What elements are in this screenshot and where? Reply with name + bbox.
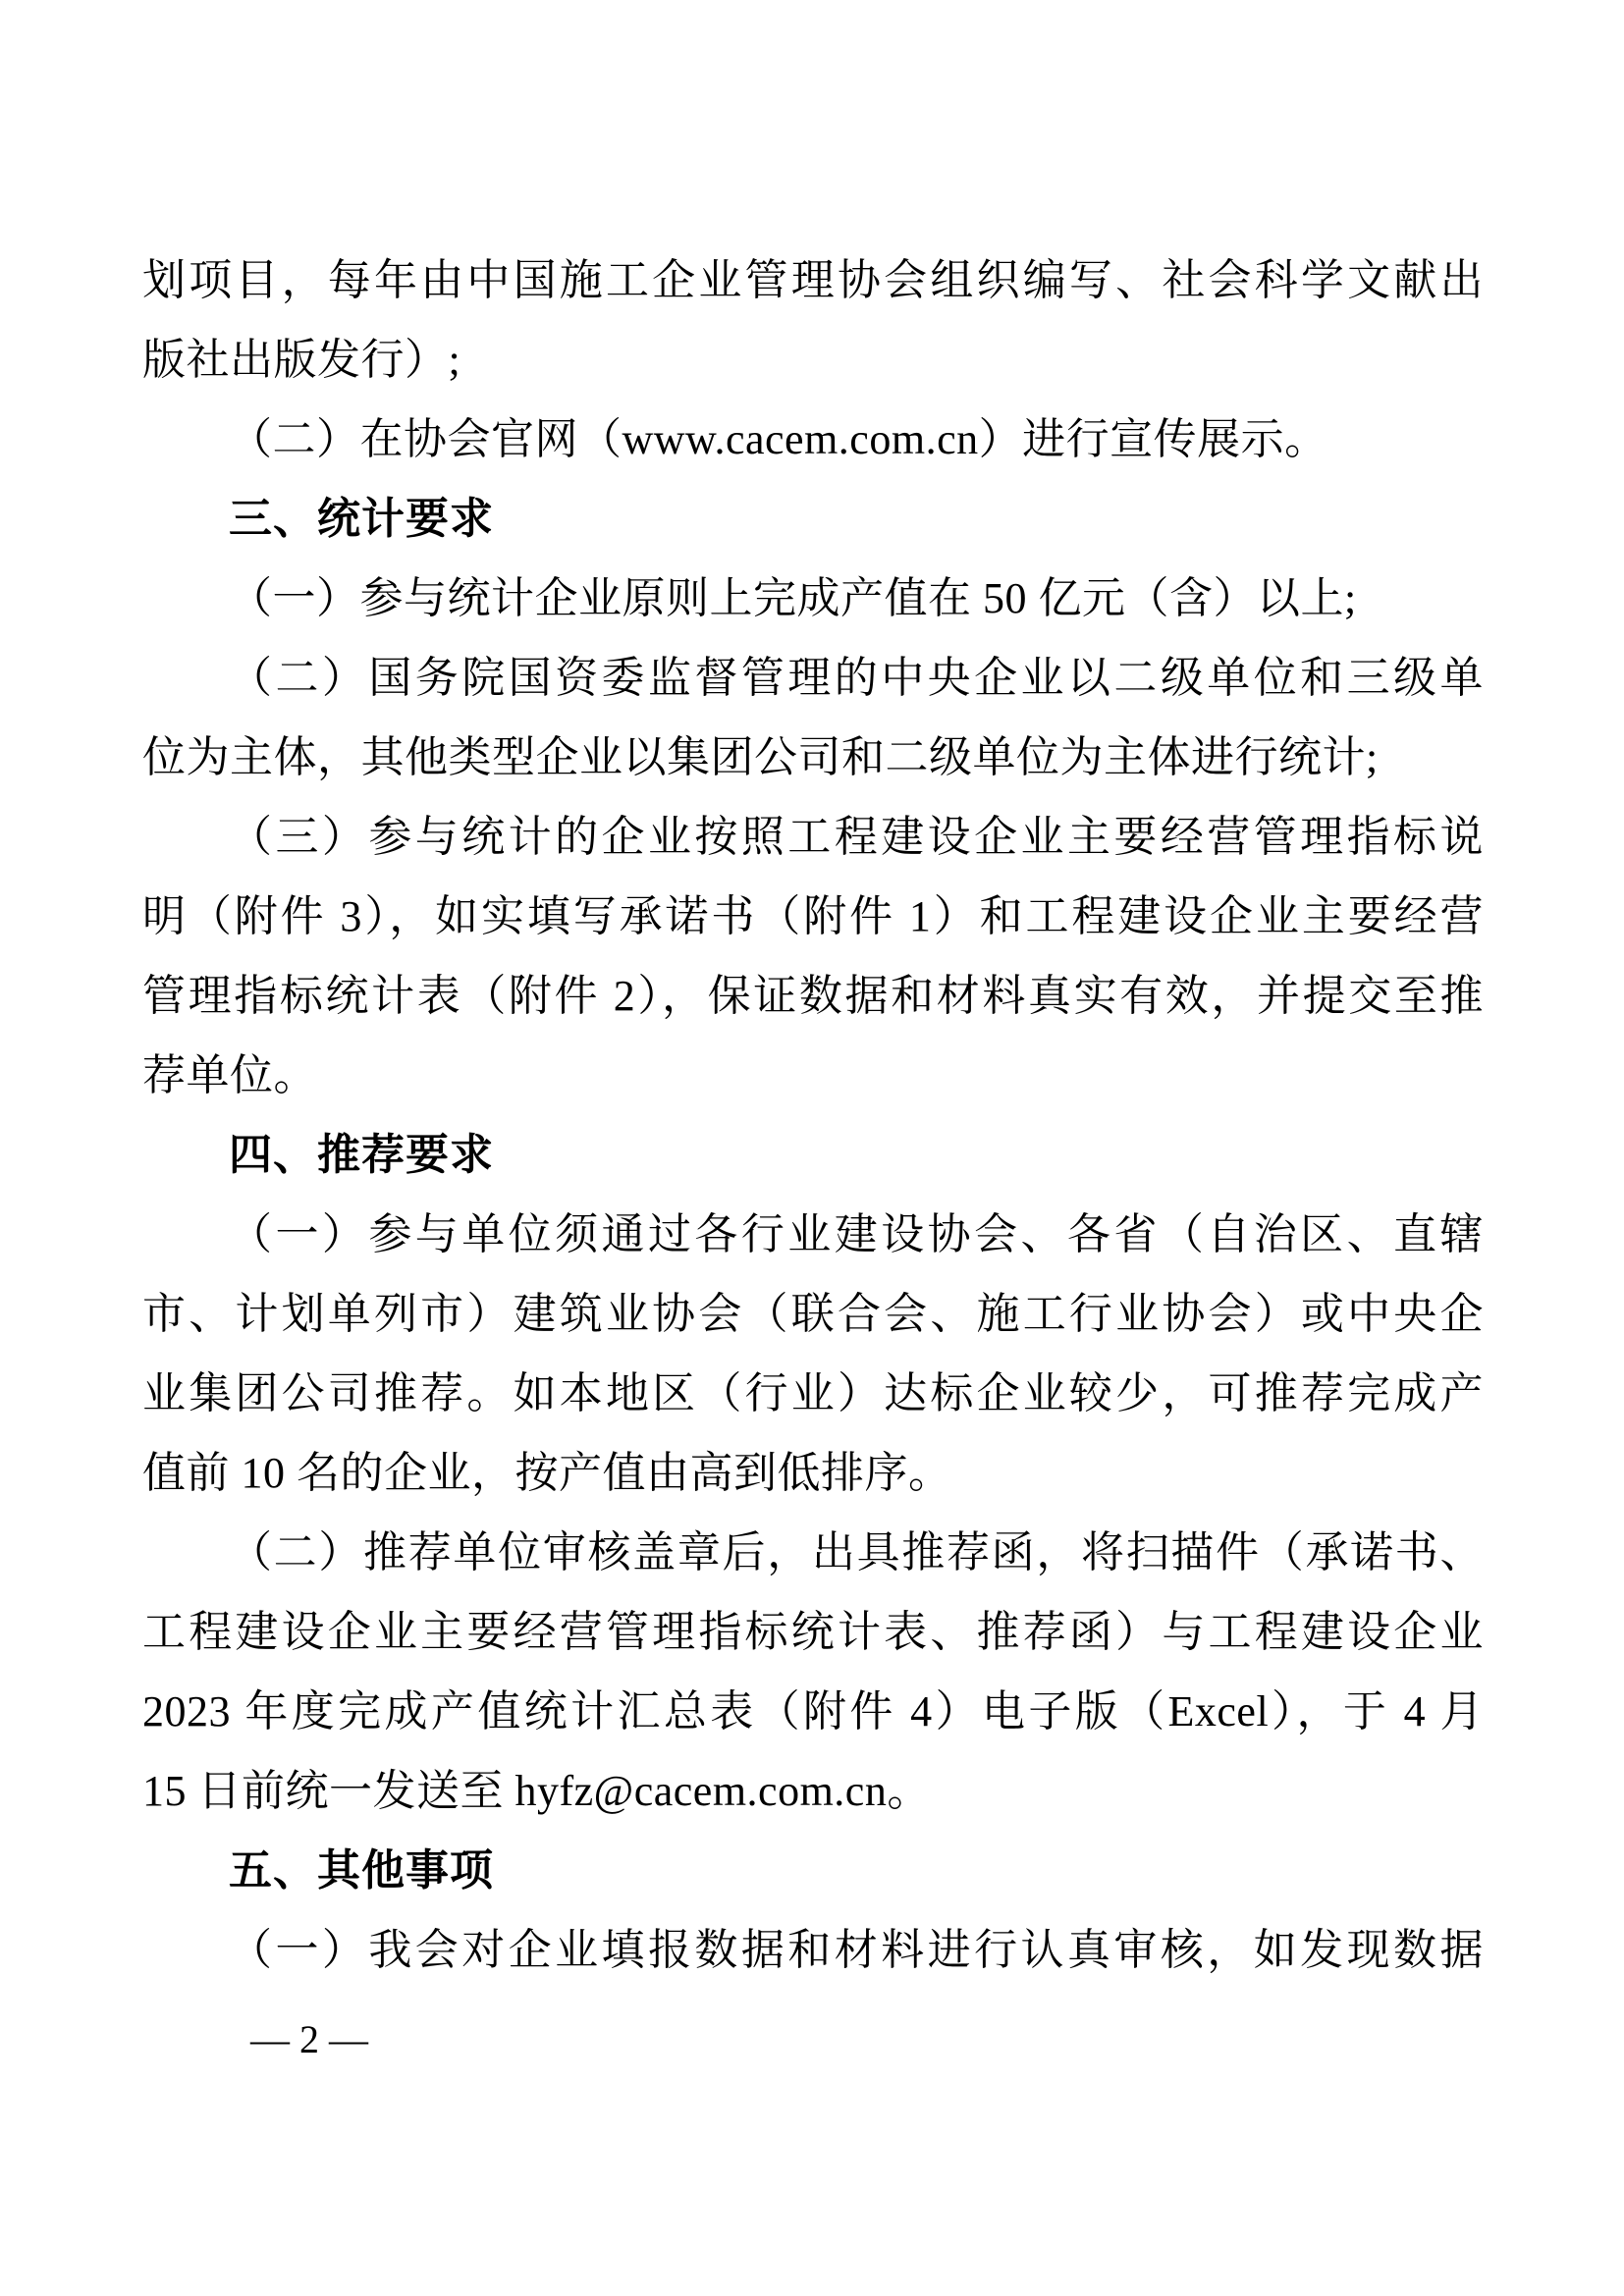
- text-line: 荐单位。: [142, 1036, 1484, 1115]
- text-line: 明（附件 3），如实填写承诺书（附件 1）和工程建设企业主要经营: [142, 877, 1484, 956]
- text-line: （二）国务院国资委监督管理的中央企业以二级单位和三级单: [142, 638, 1484, 718]
- text-line: （二）推荐单位审核盖章后，出具推荐函，将扫描件（承诺书、: [142, 1513, 1484, 1592]
- text-line: 15 日前统一发送至 hyfz@cacem.com.cn。: [142, 1751, 1484, 1831]
- section-heading: 三、统计要求: [142, 479, 1484, 559]
- text-line: 业集团公司推荐。如本地区（行业）达标企业较少，可推荐完成产: [142, 1354, 1484, 1433]
- text-line: 2023 年度完成产值统计汇总表（附件 4）电子版（Excel），于 4 月: [142, 1672, 1484, 1751]
- document-body: 划项目，每年由中国施工企业管理协会组织编写、社会科学文献出版社出版发行）;（二）…: [142, 240, 1484, 1990]
- text-line: （一）参与单位须通过各行业建设协会、各省（自治区、直辖: [142, 1195, 1484, 1274]
- text-line: （一）参与统计企业原则上完成产值在 50 亿元（含）以上;: [142, 559, 1484, 638]
- text-line: 市、计划单列市）建筑业协会（联合会、施工行业协会）或中央企: [142, 1274, 1484, 1354]
- text-line: 位为主体，其他类型企业以集团公司和二级单位为主体进行统计;: [142, 718, 1484, 797]
- text-line: 划项目，每年由中国施工企业管理协会组织编写、社会科学文献出: [142, 240, 1484, 320]
- text-line: （一）我会对企业填报数据和材料进行认真审核，如发现数据: [142, 1910, 1484, 1990]
- text-line: 管理指标统计表（附件 2），保证数据和材料真实有效，并提交至推: [142, 956, 1484, 1036]
- document-page: 划项目，每年由中国施工企业管理协会组织编写、社会科学文献出版社出版发行）;（二）…: [0, 0, 1624, 2296]
- text-line: （三）参与统计的企业按照工程建设企业主要经营管理指标说: [142, 797, 1484, 877]
- section-heading: 五、其他事项: [142, 1831, 1484, 1910]
- page-number: — 2 —: [250, 2010, 368, 2069]
- text-line: 值前 10 名的企业，按产值由高到低排序。: [142, 1433, 1484, 1513]
- section-heading: 四、推荐要求: [142, 1115, 1484, 1195]
- text-line: 工程建设企业主要经营管理指标统计表、推荐函）与工程建设企业: [142, 1592, 1484, 1672]
- text-line: 版社出版发行）;: [142, 320, 1484, 400]
- text-line: （二）在协会官网（www.cacem.com.cn）进行宣传展示。: [142, 400, 1484, 479]
